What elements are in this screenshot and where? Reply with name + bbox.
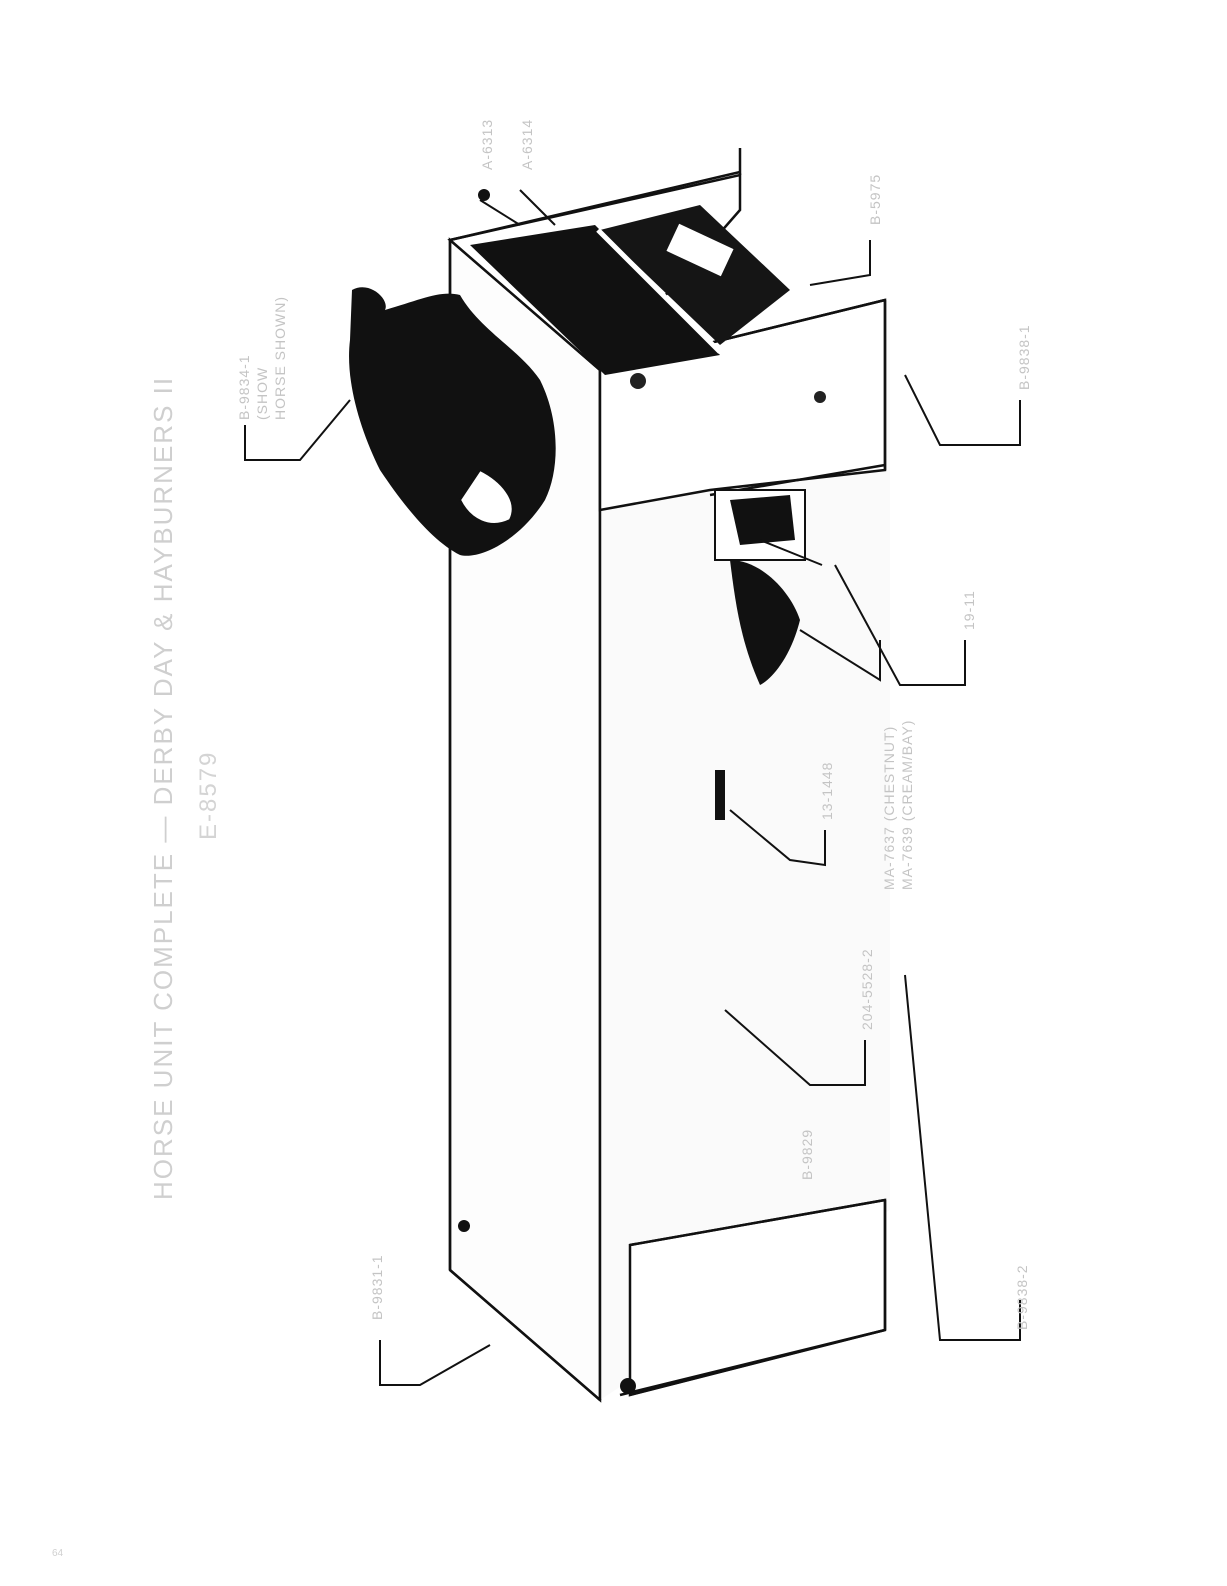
callout-top-left-part: A-6313: [478, 119, 496, 170]
callout-text: B-9831-1: [368, 1254, 386, 1320]
callout-text: 204-5528-2: [858, 948, 876, 1030]
callout-text: 19-11: [960, 590, 978, 630]
callout-horse: B-9834-1 (SHOW HORSE SHOWN): [235, 296, 289, 420]
callout-text: B-5975: [866, 174, 884, 225]
callout-text: B-9838-2: [1013, 1264, 1031, 1330]
callout-end-plate: B-9831-1: [368, 1254, 386, 1320]
callout-cover: 204-5528-2: [858, 948, 876, 1030]
drawing-number: E-8579: [195, 751, 223, 840]
callout-text: A-6313: [478, 119, 496, 170]
callout-text: B-9829: [798, 1129, 816, 1180]
callout-strap: 13-1448: [818, 762, 836, 820]
page-marker: 64: [52, 1548, 63, 1559]
callout-text: B-9834-1: [235, 296, 253, 420]
callout-motor: B-5975: [866, 174, 884, 225]
callout-end-bracket-bottom: B-9838-2: [1013, 1264, 1031, 1330]
horse-unit-diagram: [0, 0, 1227, 1586]
callout-text: B-9838-1: [1015, 324, 1033, 390]
drawing-title: HORSE UNIT COMPLETE — DERBY DAY & HAYBUR…: [148, 376, 179, 1200]
callout-text: 13-1448: [818, 762, 836, 820]
callout-end-bracket-top: B-9838-1: [1015, 324, 1033, 390]
callout-text: (SHOW: [253, 296, 271, 420]
callout-mounting-bracket: 19-11: [960, 590, 978, 630]
callout-text: MA-7639 (CREAM/BAY): [898, 720, 916, 890]
callout-top-right-part: A-6314: [518, 119, 536, 170]
callout-text: A-6314: [518, 119, 536, 170]
callout-horse-variants: MA-7637 (CHESTNUT) MA-7639 (CREAM/BAY): [880, 720, 916, 890]
callout-text: HORSE SHOWN): [271, 296, 289, 420]
callout-text: MA-7637 (CHESTNUT): [880, 720, 898, 890]
callout-rail: B-9829: [798, 1129, 816, 1180]
